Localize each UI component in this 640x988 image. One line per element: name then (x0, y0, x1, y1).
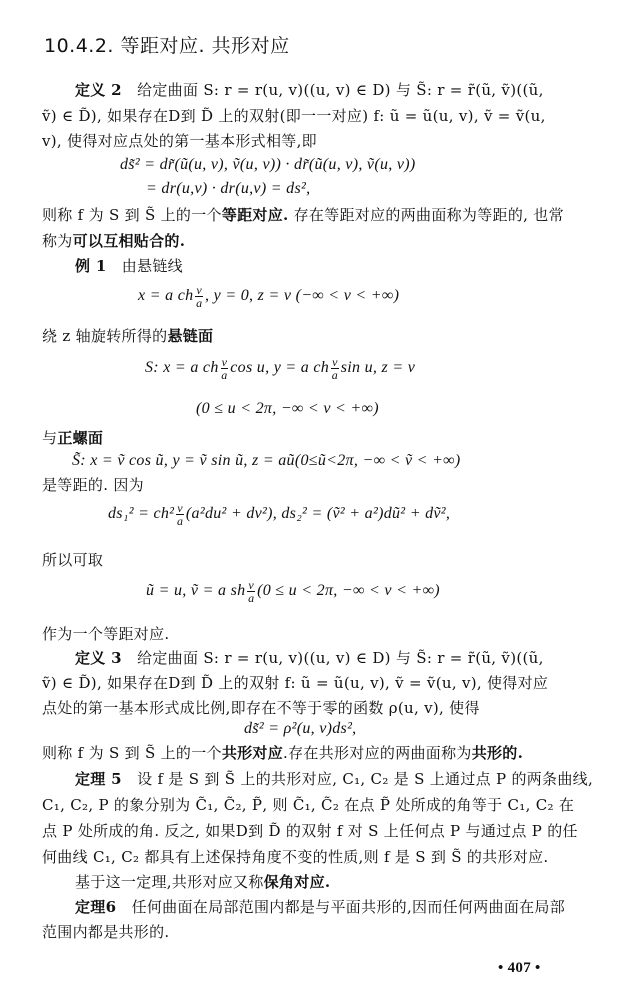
theorem-5-line-4: 何曲线 C₁, C₂ 都具有上述保持角度不变的性质,则 f 是 S 到 S̃ 的… (42, 847, 549, 867)
page-number: • 407 • (498, 958, 541, 978)
definition-2-line-4: 则称 f 为 S 到 S̃ 上的一个等距对应. 存在等距对应的两曲面称为等距的,… (42, 205, 564, 225)
section-heading: 10.4.2. 等距对应. 共形对应 (44, 36, 290, 56)
term-angle-preserving: 保角对应. (264, 873, 331, 891)
definition-2-equation-2: = dr(u,v) · dr(u,v) = ds², (146, 179, 310, 199)
helicoid-line: 与正螺面 (42, 428, 103, 448)
theorem-5-label: 定理 5 (75, 770, 122, 788)
mapping-equation: ũ = u, ṽ = a shva(0 ≤ u < 2π, −∞ < v < +… (146, 577, 440, 605)
term-conformal-correspondence: 共形对应 (222, 744, 283, 762)
term-isometric-correspondence: 等距对应. (222, 206, 289, 224)
theorem-5-line-1: 定理 5 设 f 是 S 到 S̃ 上的共形对应, C₁, C₂ 是 S 上通过… (75, 769, 593, 789)
definition-2-line-2: ṽ) ∈ D̃), 如果存在D到 D̃ 上的双射(即一一对应) f: ũ = ũ… (42, 106, 546, 126)
definition-2-line-1: 定义 2 给定曲面 S: r = r(u, v)((u, v) ∈ D) 与 S… (75, 80, 544, 100)
catenary-equation: x = a chva, y = 0, z = v (−∞ < v < +∞) (138, 282, 399, 310)
theorem-6-line-2: 范围内都是共形的. (42, 922, 169, 942)
definition-3-label: 定义 3 (75, 649, 122, 667)
example-1-label: 例 1 (75, 257, 107, 275)
definition-2-label: 定义 2 (75, 81, 122, 99)
remark-line: 基于这一定理,共形对应又称保角对应. (75, 872, 330, 892)
metric-equation: ds₁² = ch²va(a²du² + dv²), ds₂² = (ṽ² + … (108, 500, 450, 528)
definition-3-line-4: 则称 f 为 S 到 S̃ 上的一个共形对应.存在共形对应的两曲面称为共形的. (42, 743, 523, 763)
theorem-6-label: 定理6 (75, 898, 116, 916)
definition-2-line-5: 称为可以互相贴合的. (42, 231, 185, 251)
catenoid-equation: S: x = a chvacos u, y = a chvasin u, z =… (145, 354, 415, 382)
example-1-intro: 例 1 由悬链线 (75, 256, 183, 276)
fraction-v-over-a: va (195, 284, 203, 309)
definition-3-line-2: ṽ) ∈ D̃), 如果存在D到 D̃ 上的双射 f: ũ = ũ(u, v),… (42, 673, 548, 693)
isometric-statement: 是等距的. 因为 (42, 475, 144, 495)
definition-2-text: 给定曲面 S: r = r(u, v)((u, v) ∈ D) 与 S̃: r … (137, 81, 544, 99)
catenoid-range: (0 ≤ u < 2π, −∞ < v < +∞) (196, 399, 379, 419)
choose-line: 所以可取 (42, 550, 103, 570)
term-conformal: 共形的. (472, 744, 523, 762)
definition-3-equation: ds̃² = ρ²(u, v)ds², (244, 719, 356, 739)
term-catenoid: 悬链面 (167, 327, 213, 345)
as-isometry-line: 作为一个等距对应. (42, 624, 169, 644)
rotation-line: 绕 z 轴旋转所得的悬链面 (42, 326, 213, 346)
theorem-5-line-3: 点 P 处所成的角. 反之, 如果D到 D̃ 的双射 f 对 S 上任何点 P … (42, 821, 578, 841)
helicoid-equation: S̃: x = ṽ cos ũ, y = ṽ sin ũ, z = aũ(0≤ũ… (72, 451, 461, 471)
term-applicable: 可以互相贴合的. (73, 232, 186, 250)
term-helicoid: 正螺面 (57, 429, 103, 447)
theorem-6-line-1: 定理6 任何曲面在局部范围内都是与平面共形的,因而任何两曲面在局部 (75, 897, 565, 917)
definition-3-line-1: 定义 3 给定曲面 S: r = r(u, v)((u, v) ∈ D) 与 S… (75, 648, 544, 668)
definition-2-line-3: v), 使得对应点处的第一基本形式相等,即 (42, 131, 317, 151)
definition-2-equation-1: ds̃² = dr̃(ũ(u, v), ṽ(u, v)) · dr̃(ũ(u, … (120, 155, 416, 175)
definition-3-line-3: 点处的第一基本形式成比例,即存在不等于零的函数 ρ(u, v), 使得 (42, 698, 480, 718)
theorem-5-line-2: C₁, C₂, P 的象分别为 C̃₁, C̃₂, P̃, 则 C̃₁, C̃₂… (42, 795, 574, 815)
